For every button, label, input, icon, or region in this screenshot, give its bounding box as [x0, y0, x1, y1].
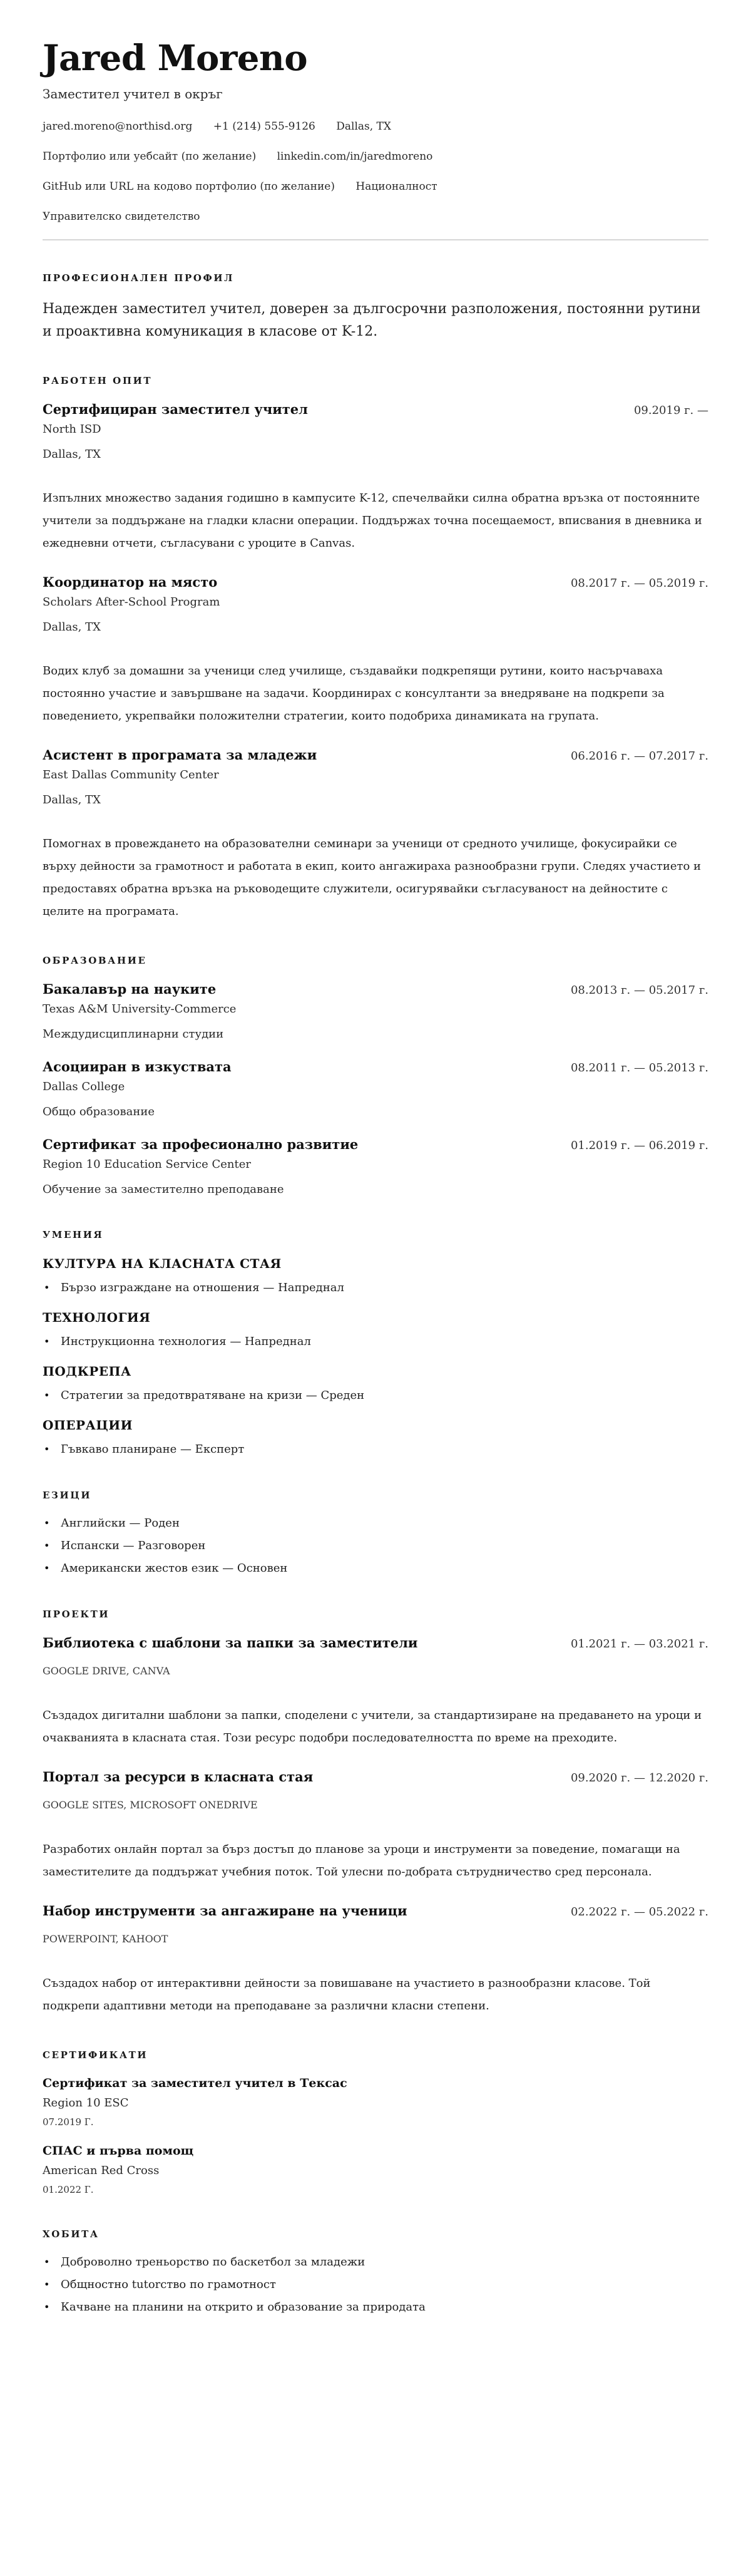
candidate-name: Jared Moreno [43, 36, 708, 80]
project-tech: GOOGLE DRIVE, CANVA [43, 1664, 708, 1678]
education-section: ОБРАЗОВАНИЕ Бакалавър на науките08.2013 … [43, 954, 708, 1197]
skill-group-title: ПОДКРЕПА [43, 1363, 708, 1380]
education-dates: 08.2011 г. — 05.2013 г. [571, 1059, 708, 1077]
skill-group-title: ТЕХНОЛОГИЯ [43, 1309, 708, 1326]
education-dates: 08.2013 г. — 05.2017 г. [571, 982, 708, 999]
contact-line: jared.moreno@northisd.org +1 (214) 555-9… [43, 119, 708, 134]
location-text: Dallas, TX [336, 120, 391, 133]
skill-item: Инструкционна технология — Напреднал [43, 1334, 708, 1350]
project-entry: Библиотека с шаблони за папки за замести… [43, 1634, 708, 1749]
employer-name: North ISD [43, 422, 708, 437]
certifications-section: СЕРТИФИКАТИ Сертификат за заместител учи… [43, 2049, 708, 2197]
hobby-item: Общностно tutorство по грамотност [43, 2277, 708, 2293]
nationality-text: Националност [355, 180, 437, 193]
entry-header: Координатор на място08.2017 г. — 05.2019… [43, 574, 708, 592]
candidate-headline: Заместител учител в окръг [43, 85, 708, 103]
skill-item: Стратегии за предотвратяване на кризи — … [43, 1388, 708, 1404]
certification-date: 01.2022 г. [43, 2183, 708, 2197]
employer-name: East Dallas Community Center [43, 768, 708, 783]
project-title: Портал за ресурси в класната стая [43, 1768, 313, 1786]
email-link[interactable]: jared.moreno@northisd.org [43, 120, 192, 133]
contact-line: Портфолио или уебсайт (по желание) linke… [43, 149, 708, 164]
entry-header: Асоцииран в изкуствата08.2011 г. — 05.20… [43, 1058, 708, 1077]
school-name: Dallas College [43, 1079, 708, 1095]
degree-title: Сертификат за професионално развитие [43, 1136, 358, 1153]
job-location: Dallas, TX [43, 793, 708, 808]
job-dates: 09.2019 г. — [634, 402, 708, 420]
education-dates: 01.2019 г. — 06.2019 г. [571, 1137, 708, 1155]
section-title: ХОБИТА [43, 2228, 708, 2240]
hobby-item: Доброволно треньорство по баскетбол за м… [43, 2254, 708, 2270]
skills-section: УМЕНИЯ КУЛТУРА НА КЛАСНАТА СТАЯБързо изг… [43, 1229, 708, 1458]
project-description: Разработих онлайн портал за бърз достъп … [43, 1838, 708, 1883]
language-item: Английски — Роден [43, 1515, 708, 1532]
project-title: Библиотека с шаблони за папки за замести… [43, 1634, 418, 1652]
job-title: Асистент в програмата за младежи [43, 746, 317, 764]
section-title: ЕЗИЦИ [43, 1489, 708, 1502]
summary-section: ПРОФЕСИОНАЛЕН ПРОФИЛ Надежден заместител… [43, 272, 708, 343]
job-dates: 08.2017 г. — 05.2019 г. [571, 575, 708, 592]
project-dates: 01.2021 г. — 03.2021 г. [571, 1636, 708, 1653]
entry-header: Сертификат за професионално развитие01.2… [43, 1136, 708, 1155]
job-description: Изпълних множество задания годишно в кам… [43, 487, 708, 555]
experience-entry: Асистент в програмата за младежи06.2016 … [43, 746, 708, 923]
language-item: Американски жестов език — Основен [43, 1560, 708, 1577]
experience-section: РАБОТЕН ОПИТ Сертифициран заместител учи… [43, 374, 708, 923]
education-entry: Асоцииран в изкуствата08.2011 г. — 05.20… [43, 1058, 708, 1120]
project-description: Създадох набор от интерактивни дейности … [43, 1972, 708, 2017]
hobbies-section: ХОБИТА Доброволно треньорство по баскетб… [43, 2228, 708, 2316]
resume-page: Jared Moreno Заместител учител в окръг j… [0, 0, 751, 2372]
project-title: Набор инструменти за ангажиране на учени… [43, 1902, 407, 1920]
experience-entry: Координатор на място08.2017 г. — 05.2019… [43, 574, 708, 728]
field-of-study: Общо образование [43, 1105, 708, 1120]
phone-link[interactable]: +1 (214) 555-9126 [213, 120, 315, 133]
languages-list: Английски — РоденИспански — РазговоренАм… [43, 1515, 708, 1577]
project-entry: Портал за ресурси в класната стая09.2020… [43, 1768, 708, 1883]
experience-list: Сертифициран заместител учител09.2019 г.… [43, 401, 708, 923]
certification-name: Сертификат за заместител учител в Тексас [43, 2075, 708, 2091]
skill-group-title: КУЛТУРА НА КЛАСНАТА СТАЯ [43, 1255, 708, 1272]
hobby-item: Качване на планини на открито и образова… [43, 2299, 708, 2316]
certifications-list: Сертификат за заместител учител в Тексас… [43, 2075, 708, 2197]
project-tech: GOOGLE SITES, MICROSOFT ONEDRIVE [43, 1798, 708, 1812]
employer-name: Scholars After-School Program [43, 595, 708, 610]
portfolio-link[interactable]: Портфолио или уебсайт (по желание) [43, 150, 256, 163]
degree-title: Асоцииран в изкуствата [43, 1058, 232, 1076]
resume-header: Jared Moreno Заместител учител в окръг j… [43, 36, 708, 240]
github-link[interactable]: GitHub или URL на кодово портфолио (по ж… [43, 180, 335, 193]
projects-list: Библиотека с шаблони за папки за замести… [43, 1634, 708, 2017]
skill-list: Бързо изграждане на отношения — Напредна… [43, 1280, 708, 1296]
job-title: Сертифициран заместител учител [43, 401, 308, 418]
skills-list: КУЛТУРА НА КЛАСНАТА СТАЯБързо изграждане… [43, 1255, 708, 1458]
section-title: ОБРАЗОВАНИЕ [43, 954, 708, 967]
skill-group-title: ОПЕРАЦИИ [43, 1416, 708, 1434]
job-description: Водих клуб за домашни за ученици след уч… [43, 660, 708, 728]
section-title: ПРОЕКТИ [43, 1608, 708, 1620]
entry-header: Портал за ресурси в класната стая09.2020… [43, 1768, 708, 1787]
experience-entry: Сертифициран заместител учител09.2019 г.… [43, 401, 708, 555]
certification-date: 07.2019 г. [43, 2115, 708, 2129]
languages-section: ЕЗИЦИ Английски — РоденИспански — Разгов… [43, 1489, 708, 1577]
hobbies-list: Доброволно треньорство по баскетбол за м… [43, 2254, 708, 2316]
education-entry: Бакалавър на науките08.2013 г. — 05.2017… [43, 981, 708, 1042]
school-name: Region 10 Education Service Center [43, 1157, 708, 1172]
section-title: УМЕНИЯ [43, 1229, 708, 1241]
projects-section: ПРОЕКТИ Библиотека с шаблони за папки за… [43, 1608, 708, 2017]
contact-block: jared.moreno@northisd.org +1 (214) 555-9… [43, 119, 708, 224]
skill-list: Стратегии за предотвратяване на кризи — … [43, 1388, 708, 1404]
entry-header: Сертифициран заместител учител09.2019 г.… [43, 401, 708, 420]
school-name: Texas A&M University-Commerce [43, 1002, 708, 1017]
certification-issuer: Region 10 ESC [43, 2095, 708, 2111]
project-dates: 09.2020 г. — 12.2020 г. [571, 1770, 708, 1787]
project-tech: POWERPOINT, KAHOOT [43, 1932, 708, 1946]
certification-entry: Сертификат за заместител учител в Тексас… [43, 2075, 708, 2129]
skill-item: Гъвкаво планиране — Експерт [43, 1441, 708, 1458]
field-of-study: Обучение за заместително преподаване [43, 1182, 708, 1197]
skill-list: Гъвкаво планиране — Експерт [43, 1441, 708, 1458]
certification-issuer: American Red Cross [43, 2163, 708, 2179]
entry-header: Библиотека с шаблони за папки за замести… [43, 1634, 708, 1653]
section-title: ПРОФЕСИОНАЛЕН ПРОФИЛ [43, 272, 708, 284]
education-entry: Сертификат за професионално развитие01.2… [43, 1136, 708, 1197]
job-location: Dallas, TX [43, 620, 708, 635]
project-description: Създадох дигитални шаблони за папки, спо… [43, 1704, 708, 1749]
entry-header: Бакалавър на науките08.2013 г. — 05.2017… [43, 981, 708, 999]
field-of-study: Междудисциплинарни студии [43, 1027, 708, 1042]
skill-list: Инструкционна технология — Напреднал [43, 1334, 708, 1350]
section-title: СЕРТИФИКАТИ [43, 2049, 708, 2061]
linkedin-link[interactable]: linkedin.com/in/jaredmoreno [277, 150, 433, 163]
entry-header: Асистент в програмата за младежи06.2016 … [43, 746, 708, 765]
section-title: РАБОТЕН ОПИТ [43, 374, 708, 387]
entry-header: Набор инструменти за ангажиране на учени… [43, 1902, 708, 1921]
degree-title: Бакалавър на науките [43, 981, 216, 998]
job-dates: 06.2016 г. — 07.2017 г. [571, 748, 708, 765]
skill-item: Бързо изграждане на отношения — Напредна… [43, 1280, 708, 1296]
project-entry: Набор инструменти за ангажиране на учени… [43, 1902, 708, 2017]
language-item: Испански — Разговорен [43, 1538, 708, 1554]
driver-license-text: Управителско свидетелство [43, 210, 200, 223]
job-description: Помогнах в провеждането на образователни… [43, 833, 708, 923]
contact-line: GitHub или URL на кодово портфолио (по ж… [43, 179, 708, 194]
certification-entry: СПАС и първа помощAmerican Red Cross01.2… [43, 2143, 708, 2197]
education-list: Бакалавър на науките08.2013 г. — 05.2017… [43, 981, 708, 1197]
header-divider [43, 239, 708, 240]
job-title: Координатор на място [43, 574, 217, 591]
certification-name: СПАС и първа помощ [43, 2143, 708, 2159]
contact-line: Управителско свидетелство [43, 209, 708, 224]
job-location: Dallas, TX [43, 447, 708, 462]
project-dates: 02.2022 г. — 05.2022 г. [571, 1904, 708, 1921]
summary-text: Надежден заместител учител, доверен за д… [43, 298, 708, 343]
